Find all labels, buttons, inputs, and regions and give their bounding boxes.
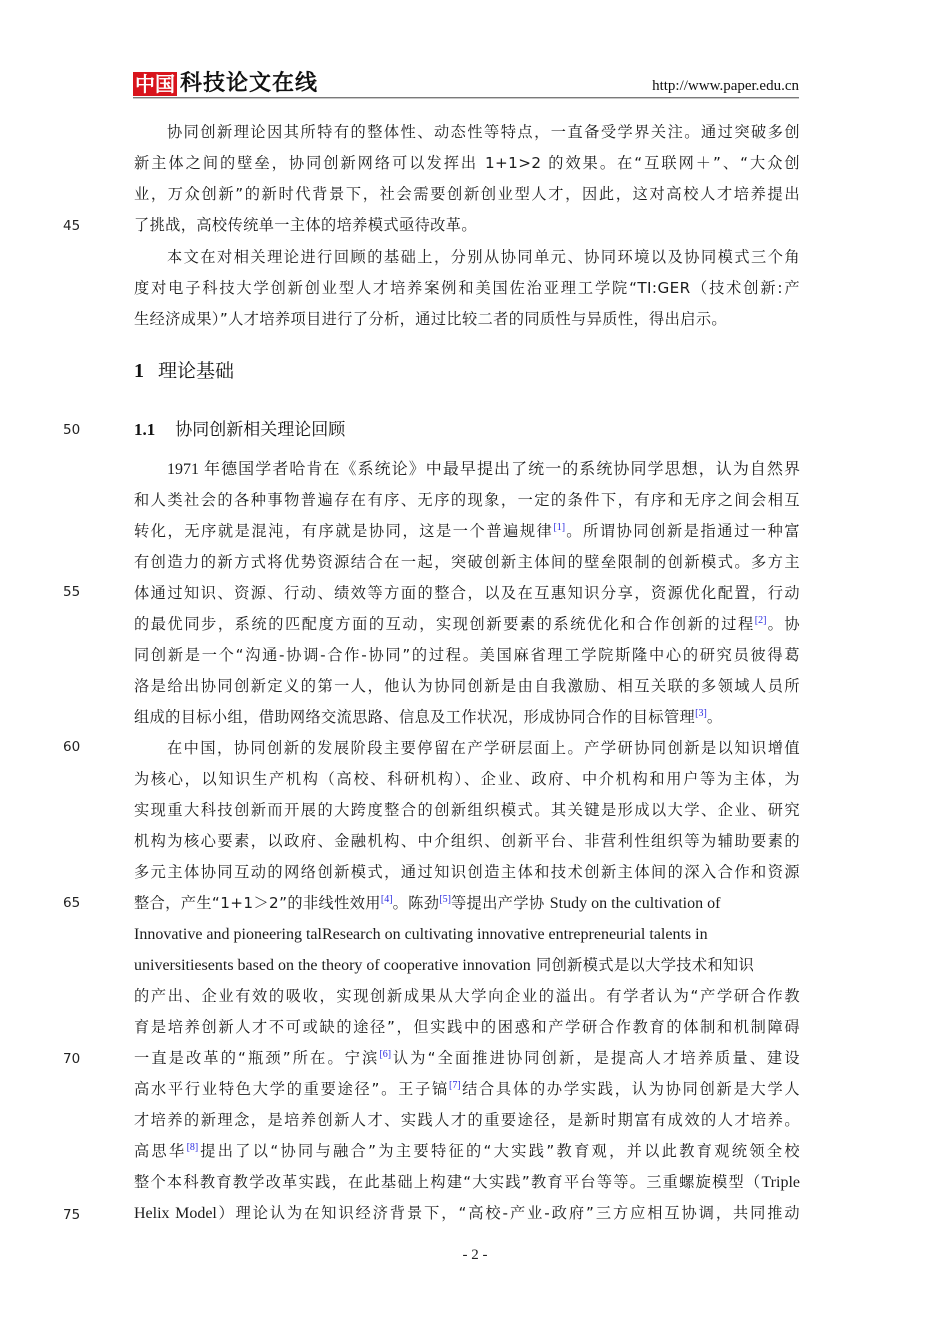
text-line: 的产出、企业有效的吸收，实现创新成果从大学向企业的溢出。有学者认为“产学研合作教	[134, 986, 800, 1006]
text-line: 协同创新理论因其所特有的整体性、动态性等特点，一直备受学界关注。通过突破多创	[167, 122, 800, 142]
citation-link[interactable]: [1]	[553, 522, 565, 533]
text-line: 才培养的新理念，是培养创新人才、实践人才的重要途径，是新时期富有成效的人才培养。	[134, 1110, 800, 1130]
text-line: 整合，产生“1+1＞2”的非线性效用[4]。陈劲[5]等提出产学协 Study …	[134, 893, 800, 914]
citation-link[interactable]: [7]	[449, 1080, 461, 1091]
text-line: 新主体之间的壁垒，协同创新网络可以发挥出 1+1>2 的效果。在“互联网＋”、“…	[134, 153, 800, 173]
text-line: 一直是改革的“瓶颈”所在。宁滨[6]认为“全面推进协同创新，是提高人才培养质量、…	[134, 1048, 800, 1068]
header-url[interactable]: http://www.paper.edu.cn	[652, 78, 799, 95]
subsection-title: 协同创新相关理论回顾	[175, 420, 345, 440]
header-divider	[133, 97, 799, 99]
section-heading: 1理论基础	[134, 359, 234, 383]
text-line: 组成的目标小组，借助网络交流思路、信息及工作状况，形成协同合作的目标管理[3]。	[134, 707, 800, 727]
line-number: 65	[63, 893, 93, 913]
text-line: 业，万众创新”的新时代背景下，社会需要创新创业型人才，因此，这对高校人才培养提出	[134, 184, 800, 204]
section-number: 1	[134, 360, 144, 382]
page-number: - 2 -	[0, 1247, 950, 1264]
page-header: 中国 科技论文在线 http://www.paper.edu.cn	[133, 70, 799, 98]
citation-link[interactable]: [4]	[381, 894, 393, 905]
line-number: 70	[63, 1049, 93, 1069]
text-line: 机构为核心要素，以政府、金融机构、中介组织、创新平台、非营利性组织等为辅助要素的	[134, 831, 800, 851]
text-line: 有创造力的新方式将优势资源结合在一起，突破创新主体间的壁垒限制的创新模式。多方主	[134, 552, 800, 572]
text-line: 为核心，以知识生产机构（高校、科研机构）、企业、政府、中介机构和用户等为主体，为	[134, 769, 800, 789]
text-line: 高水平行业特色大学的重要途径”。王子镐[7]结合具体的办学实践，认为协同创新是大…	[134, 1079, 800, 1099]
citation-link[interactable]: [5]	[439, 894, 451, 905]
text-line: Helix Model）理论认为在知识经济背景下，“高校-产业-政府”三方应相互…	[134, 1203, 800, 1224]
citation-link[interactable]: [6]	[379, 1049, 391, 1060]
journal-logo: 中国 科技论文在线	[133, 70, 318, 98]
citation-link[interactable]: [2]	[755, 615, 767, 626]
section-title: 理论基础	[158, 360, 234, 382]
text-line: 1971 年德国学者哈肯在《系统论》中最早提出了统一的系统协同学思想，认为自然界	[167, 459, 800, 480]
text-line: 育是培养创新人才不可或缺的途径”，但实践中的困惑和产学研合作教育的体制和机制障碍	[134, 1017, 800, 1037]
text-line: 实现重大科技创新而开展的大跨度整合的创新组织模式。其关键是形成以大学、企业、研究	[134, 800, 800, 820]
citation-link[interactable]: [3]	[695, 708, 707, 719]
line-number: 75	[63, 1205, 93, 1225]
subsection-number: 1.1	[134, 420, 155, 439]
subsection-heading: 1.1协同创新相关理论回顾	[134, 419, 345, 441]
text-line: 多元主体协同互动的网络创新模式，通过知识创造主体和技术创新主体间的深入合作和资源	[134, 862, 800, 882]
citation-link[interactable]: [8]	[187, 1142, 199, 1153]
line-number: 60	[63, 737, 93, 757]
paper-page: 中国 科技论文在线 http://www.paper.edu.cn 45 50 …	[0, 0, 950, 1344]
text-line: 度对电子科技大学创新创业型人才培养案例和美国佐治亚理工学院“TI:GER（技术创…	[134, 278, 800, 298]
text-line: 和人类社会的各种事物普遍存在有序、无序的现象，一定的条件下，有序和无序之间会相互	[134, 490, 800, 510]
text-line: 在中国，协同创新的发展阶段主要停留在产学研层面上。产学研协同创新是以知识增值	[167, 738, 800, 758]
logo-red-block: 中国	[133, 72, 177, 96]
text-line: 的最优同步，系统的匹配度方面的互动，实现创新要素的系统优化和合作创新的过程[2]…	[134, 614, 800, 634]
text-line: universitiesents based on the theory of …	[134, 955, 800, 976]
line-number: 55	[63, 582, 93, 602]
text-line: 体通过知识、资源、行动、绩效等方面的整合，以及在互惠知识分享，资源优化配置，行动	[134, 583, 800, 603]
text-line: 高思华[8]提出了以“协同与融合”为主要特征的“大实践”教育观，并以此教育观统领…	[134, 1141, 800, 1161]
text-line: 生经济成果）”人才培养项目进行了分析，通过比较二者的同质性与异质性，得出启示。	[134, 309, 800, 329]
logo-title: 科技论文在线	[180, 72, 318, 96]
line-number: 45	[63, 216, 93, 236]
text-line: 洛是给出协同创新定义的第一人，他认为协同创新是由自我激励、相互关联的多领域人员所	[134, 676, 800, 696]
text-line: 了挑战，高校传统单一主体的培养模式亟待改革。	[134, 215, 800, 235]
text-line: Innovative and pioneering talResearch on…	[134, 924, 800, 945]
text-line: 本文在对相关理论进行回顾的基础上，分别从协同单元、协同环境以及协同模式三个角	[167, 247, 800, 267]
text-line: 同创新是一个“沟通-协调-合作-协同”的过程。美国麻省理工学院斯隆中心的研究员彼…	[134, 645, 800, 665]
text-line: 整个本科教育教学改革实践，在此基础上构建“大实践”教育平台等等。三重螺旋模型（T…	[134, 1172, 800, 1193]
line-number: 50	[63, 420, 93, 440]
text-line: 转化，无序就是混沌，有序就是协同，这是一个普遍规律[1]。所谓协同创新是指通过一…	[134, 521, 800, 541]
